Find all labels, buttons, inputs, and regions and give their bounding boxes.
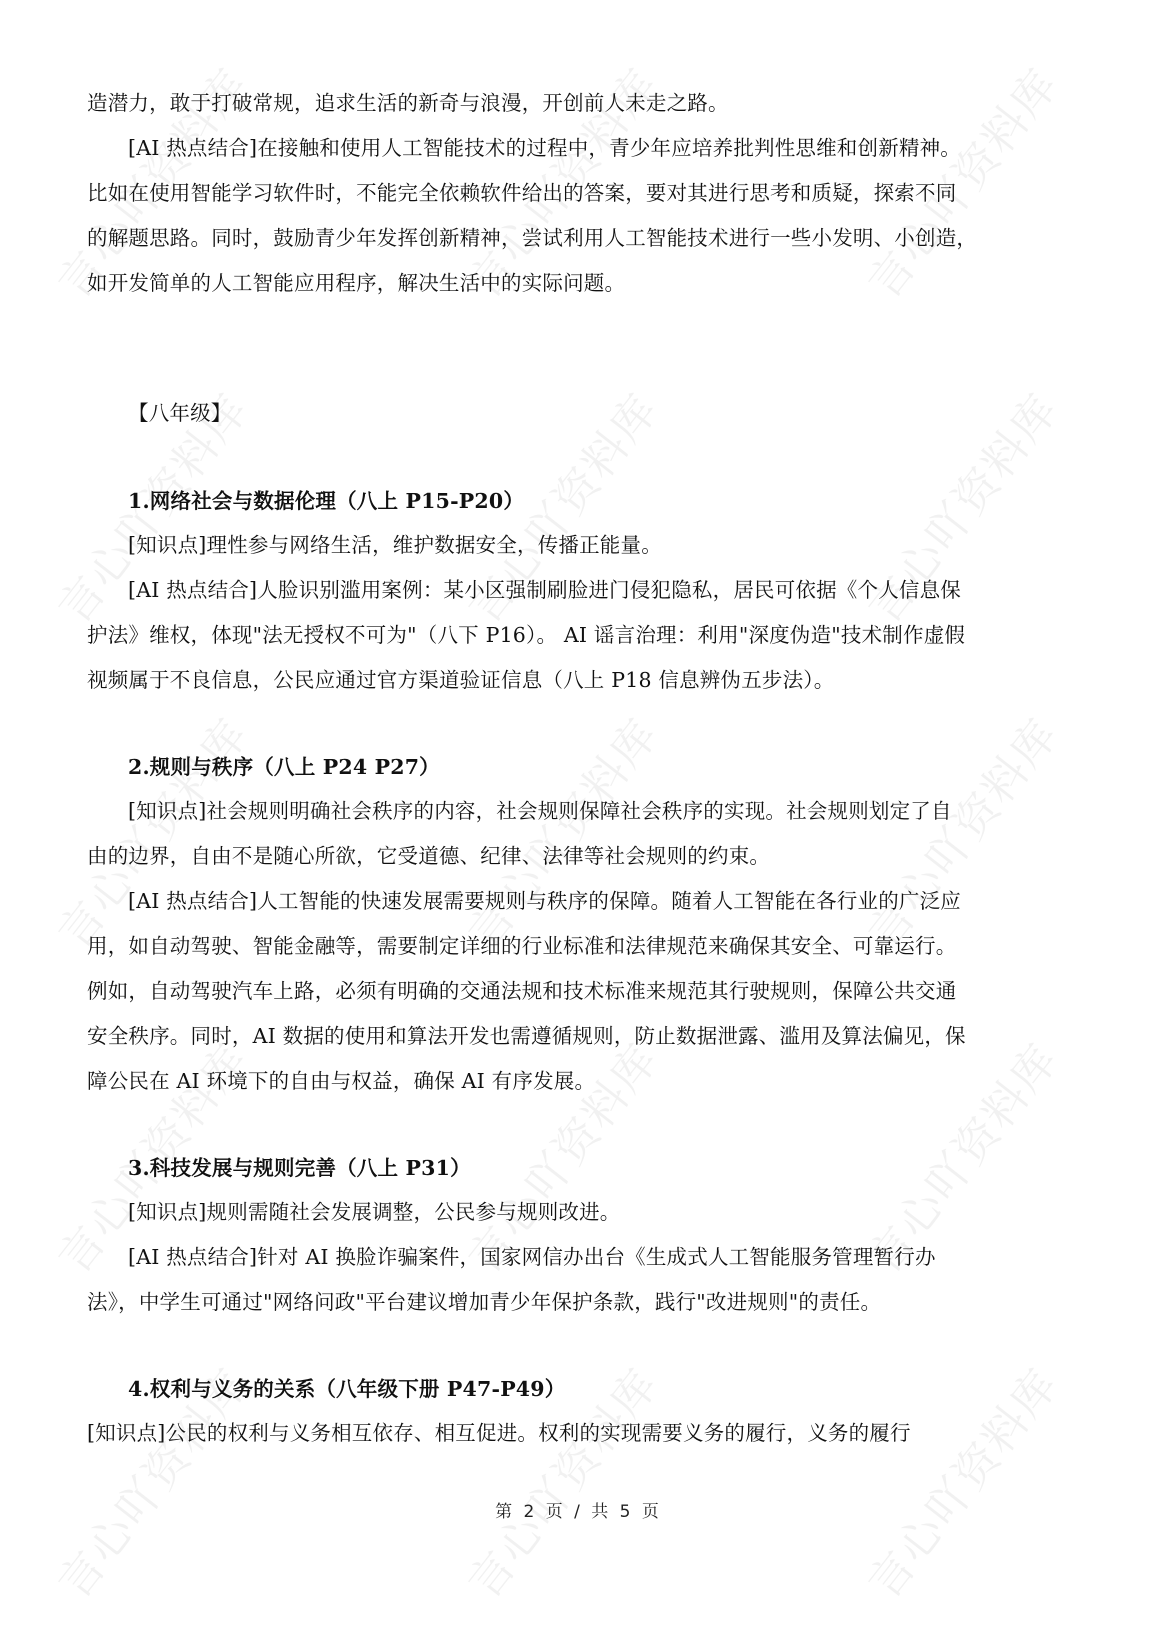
- paragraph-line: 造潜力，敢于打破常规，追求生活的新奇与浪漫，开创前人未走之路。: [87, 89, 729, 117]
- knowledge-point: [知识点]社会规则明确社会秩序的内容，社会规则保障社会秩序的实现。社会规则划定了…: [128, 797, 952, 825]
- paragraph-line: 的解题思路。同时，鼓励青少年发挥创新精神，尝试利用人工智能技术进行一些小发明、小…: [87, 224, 977, 252]
- document-page: 言心吖资料库 言心吖资料库 言心吖资料库 言心吖资料库 言心吖资料库 言心吖资料…: [0, 0, 1157, 1636]
- paragraph-line: 比如在使用智能学习软件时，不能完全依赖软件给出的答案，要对其进行思考和质疑，探索…: [87, 179, 956, 207]
- watermark: 言心吖资料库: [40, 703, 260, 960]
- section-title: 3.科技发展与规则完善（八上 P31）: [128, 1154, 471, 1182]
- ai-hotspot-line: [AI 热点结合]人脸识别滥用案例：某小区强制刷脸进门侵犯隐私，居民可依据《个人…: [128, 576, 961, 604]
- ai-hotspot-line: [AI 热点结合]人工智能的快速发展需要规则与秩序的保障。随着人工智能在各行业的…: [128, 887, 961, 915]
- grade-heading: 【八年级】: [128, 399, 232, 427]
- paragraph-line: 障公民在 AI 环境下的自由与权益，确保 AI 有序发展。: [87, 1067, 595, 1095]
- ai-hotspot-line: [AI 热点结合]在接触和使用人工智能技术的过程中，青少年应培养批判性思维和创新…: [128, 134, 961, 162]
- watermark: 言心吖资料库: [850, 1353, 1070, 1610]
- page-number: 第 2 页 / 共 5 页: [0, 1497, 1157, 1522]
- watermark: 言心吖资料库: [450, 703, 670, 960]
- paragraph-line: 如开发简单的人工智能应用程序，解决生活中的实际问题。: [87, 269, 625, 297]
- section-title: 1.网络社会与数据伦理（八上 P15-P20）: [128, 487, 524, 515]
- watermark: 言心吖资料库: [850, 703, 1070, 960]
- knowledge-point: [知识点]公民的权利与义务相互依存、相互促进。权利的实现需要义务的履行，义务的履…: [87, 1419, 911, 1447]
- paragraph-line: 视频属于不良信息，公民应通过官方渠道验证信息（八上 P18 信息辨伪五步法）。: [87, 666, 834, 694]
- ai-hotspot-line: [AI 热点结合]针对 AI 换脸诈骗案件，国家网信办出台《生成式人工智能服务管…: [128, 1243, 936, 1271]
- paragraph-line: 护法》维权，体现"法无授权不可为"（八下 P16）。 AI 谣言治理：利用"深度…: [87, 621, 965, 649]
- paragraph-line: 例如，自动驾驶汽车上路，必须有明确的交通法规和技术标准来规范其行驶规则，保障公共…: [87, 977, 956, 1005]
- paragraph-line: 法》，中学生可通过"网络问政"平台建议增加青少年保护条款，践行"改进规则"的责任…: [87, 1288, 881, 1316]
- knowledge-point: [知识点]理性参与网络生活，维护数据安全，传播正能量。: [128, 531, 662, 559]
- paragraph-line: 由的边界，自由不是随心所欲，它受道德、纪律、法律等社会规则的约束。: [87, 842, 770, 870]
- section-title: 2.规则与秩序（八上 P24 P27）: [128, 753, 440, 781]
- paragraph-line: 安全秩序。同时，AI 数据的使用和算法开发也需遵循规则，防止数据泄露、滥用及算法…: [87, 1022, 966, 1050]
- paragraph-line: 用，如自动驾驶、智能金融等，需要制定详细的行业标准和法律规范来确保其安全、可靠运…: [87, 932, 956, 960]
- knowledge-point: [知识点]规则需随社会发展调整，公民参与规则改进。: [128, 1198, 621, 1226]
- section-title: 4.权利与义务的关系（八年级下册 P47-P49）: [128, 1375, 565, 1403]
